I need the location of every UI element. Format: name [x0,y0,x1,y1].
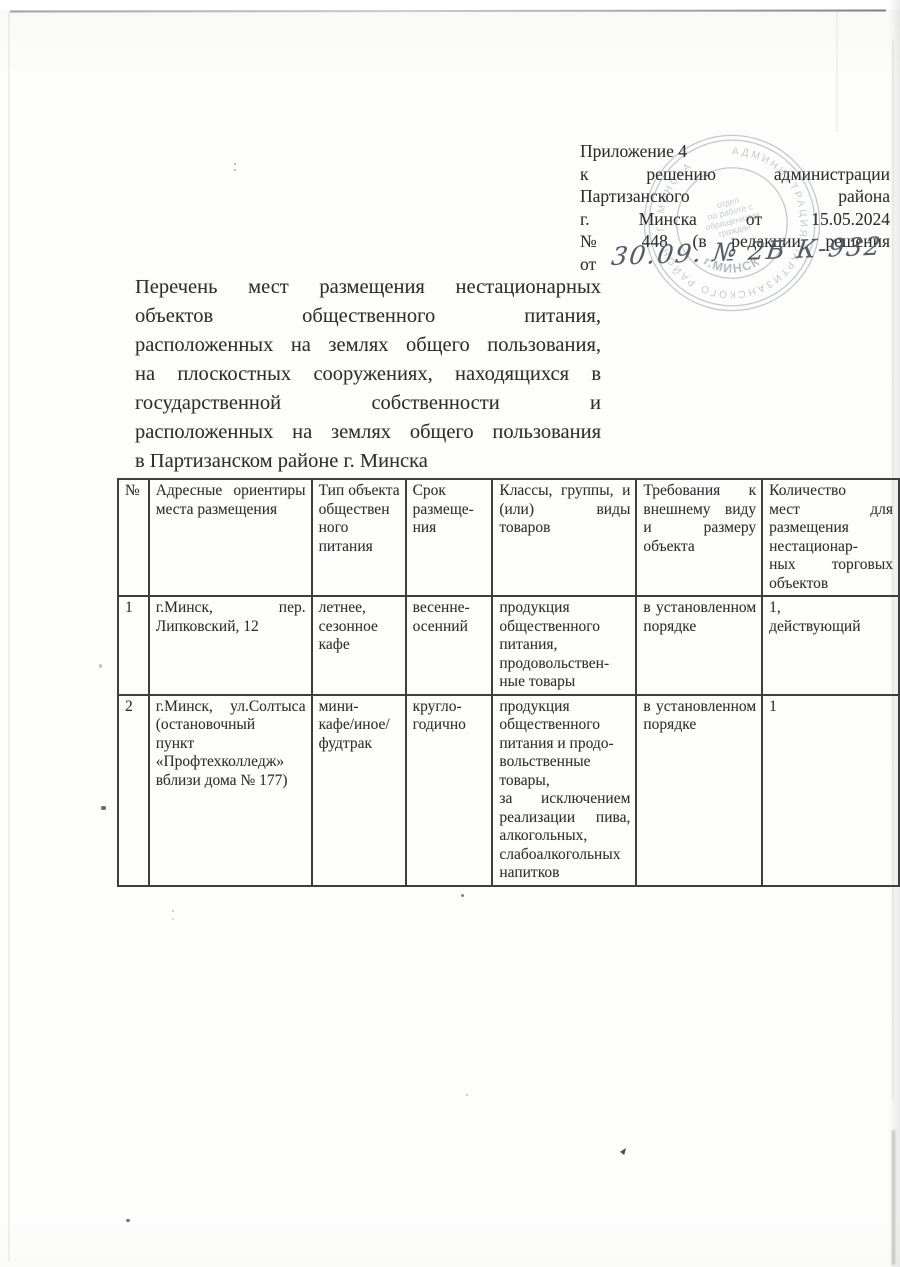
header-cell-object-type: Тип объекта обществен ного питания [312,479,406,596]
appendix-line: к решению администрации [580,163,890,186]
cell-goods: продукция общественного питания и продо-… [492,695,636,886]
scan-streak-dark [892,1130,895,1265]
handwritten-date-number: 30.09. № 2Б К-932 [610,235,883,268]
appendix-line: Приложение 4 [580,140,890,163]
table-row: 1 г.Минск, пер. Липковский, 12 летнее, с… [118,596,899,695]
header-cell-requirements: Требования к внешнему виду и размеру объ… [636,479,762,596]
title-line: Перечень мест размещения нестационарных [135,273,601,302]
cell-object-type: мини- кафе/иное/ фудтрак [312,695,406,886]
scan-edge-left [8,12,10,1261]
title-line: в Партизанском районе г. Минска [135,447,601,476]
scan-speck [234,163,236,165]
scan-speck [126,1219,130,1222]
cell-number: 2 [118,695,149,886]
placement-table: № Адресные ориентиры места размещения Ти… [117,478,900,887]
cell-address: г.Минск, пер. Липковский, 12 [149,596,312,695]
header-cell-term: Срок размеще- ния [406,479,493,596]
scan-streak-top [836,12,838,132]
cell-term: кругло- годично [406,695,493,886]
cell-term: весенне- осенний [406,596,493,695]
scan-edge-top [0,0,900,10]
cell-object-type: летнее, сезонное кафе [312,596,406,695]
cell-requirements: в установленном порядке [636,695,762,886]
header-cell-number: № [118,479,149,596]
cell-count: 1 [762,695,899,886]
scan-speck [101,806,106,810]
scan-speck [461,894,464,897]
title-line: объектов общественного питания, [135,302,601,331]
scan-speck [466,1094,468,1096]
appendix-block: Приложение 4 к решению администрации Пар… [580,140,890,276]
header-cell-count: Количество мест для размещения нестацион… [762,479,899,596]
appendix-line-from: от 30.09. № 2Б К-932 [580,253,890,276]
table-row: 2 г.Минск, ул.Солтыса (остановочный пунк… [118,695,899,886]
cell-goods: продукция общественного питания, продово… [492,596,636,695]
appendix-line: Партизанского района [580,185,890,208]
table-header-row: № Адресные ориентиры места размещения Ти… [118,479,899,596]
scan-speck [172,910,174,912]
title-line: на плоскостных сооружениях, находящихся … [135,360,601,389]
scan-speck [620,1148,626,1155]
cell-address: г.Минск, ул.Солтыса (остановочный пункт … [149,695,312,886]
title-line: расположенных на землях общего пользован… [135,331,601,360]
scan-edge-line [10,10,886,13]
cell-number: 1 [118,596,149,695]
scan-speck [99,664,102,668]
document-title: Перечень мест размещения нестационарных … [135,273,601,476]
title-line: государственной собственности и [135,389,601,418]
header-cell-address: Адресные ориентиры места размещения [149,479,312,596]
header-cell-goods: Классы, группы, и (или) виды товаров [492,479,636,596]
from-label: от [580,254,596,274]
cell-count: 1, действующий [762,596,899,695]
title-line: расположенных на землях общего пользован… [135,418,601,447]
cell-requirements: в установленном порядке [636,596,762,695]
scanned-document-page: АДМИНИСТРАЦИЯ ПАРТИЗАНСКОГО РАЙОНА Г. МИ… [0,0,900,1267]
appendix-line: г. Минска от 15.05.2024 [580,208,890,231]
